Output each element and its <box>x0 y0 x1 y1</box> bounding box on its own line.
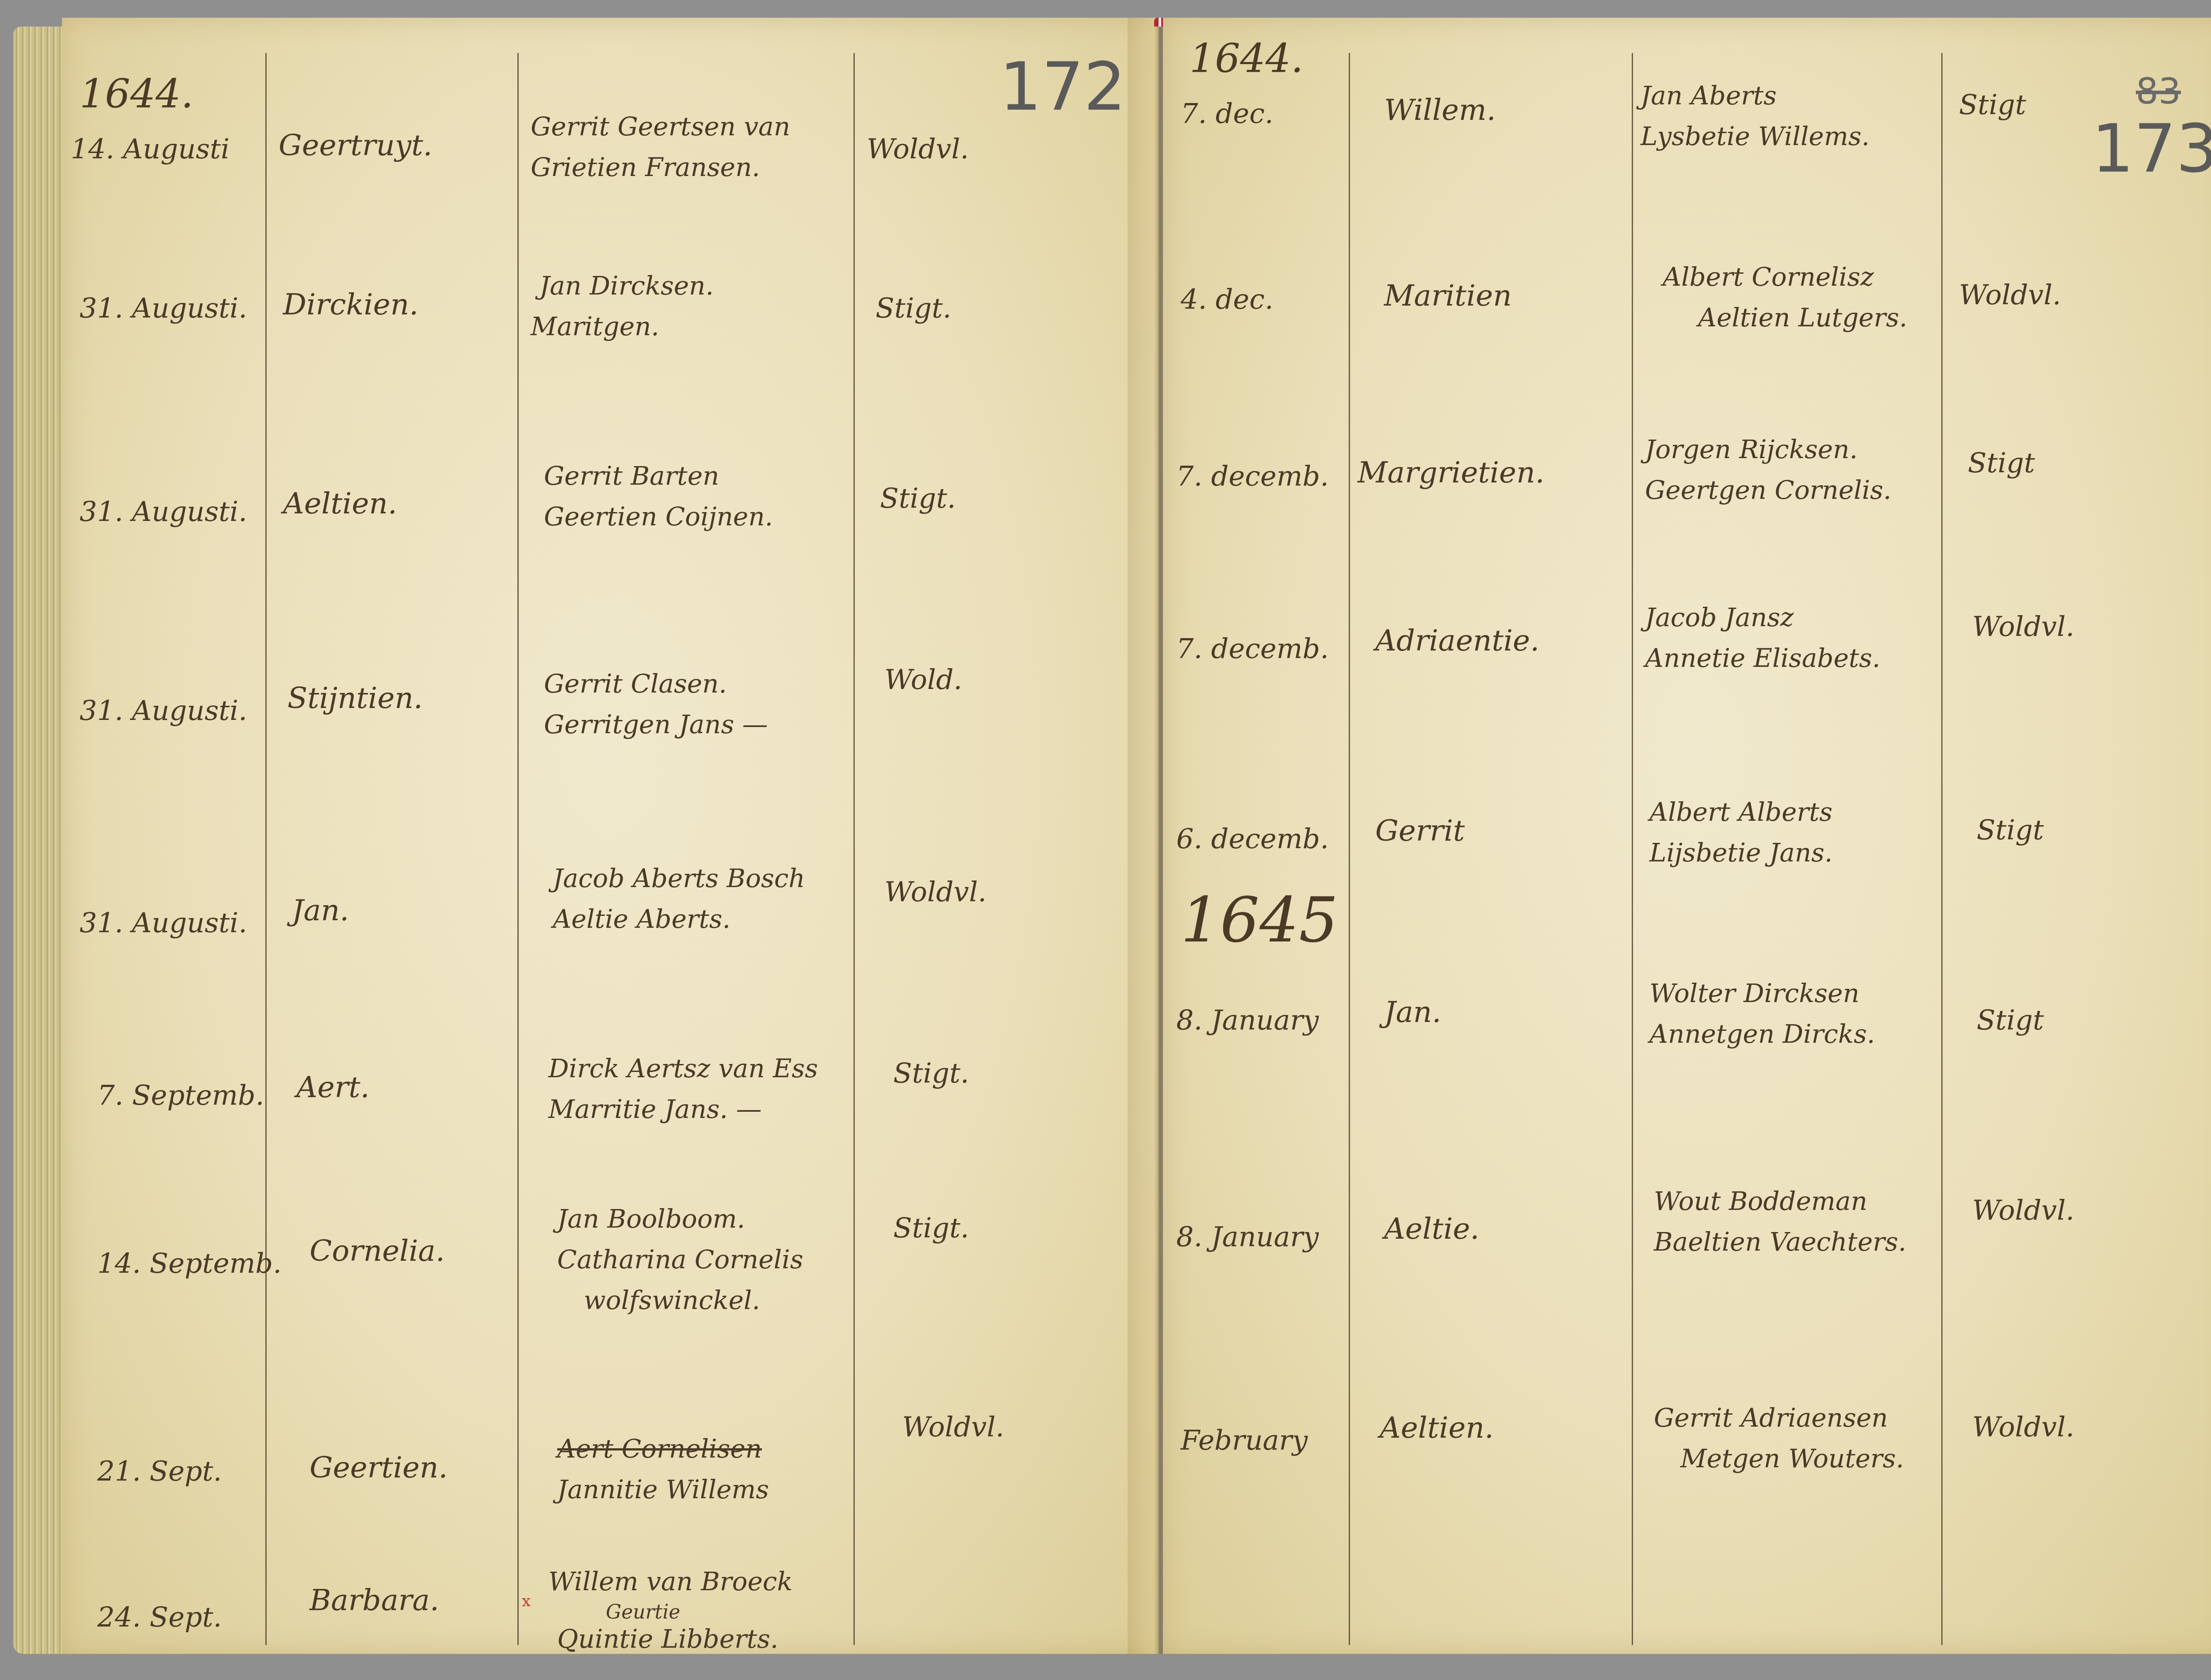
column-rule <box>517 53 519 1645</box>
entry-date: 8. January <box>1176 1004 1319 1036</box>
entry-date: 4. dec. <box>1181 283 1274 315</box>
entry-parent: Jacob Jansz <box>1645 597 1794 638</box>
entry-note: Stigt <box>1977 814 2044 846</box>
entry-parent: Metgen Wouters. <box>1680 1438 1904 1479</box>
entry-child: Cornelia. <box>310 1234 445 1268</box>
entry-note: Woldvl. <box>1972 1194 2074 1226</box>
entry-parent: Wout Boddeman <box>1654 1181 1867 1221</box>
entry-child: Willem. <box>1384 93 1496 127</box>
entry-date: 14. Septemb. <box>97 1247 282 1279</box>
entry-child: Adriaentie. <box>1375 624 1539 658</box>
entry-child: Jan. <box>1384 995 1441 1029</box>
entry-parent: Jan Dircksen. <box>539 265 714 306</box>
entry-parent: wolfswinckel. <box>584 1280 760 1320</box>
entry-date: 31. Augusti. <box>80 694 247 727</box>
entry-parent: Quintie Libberts. <box>557 1619 778 1659</box>
entry-parent: Gerrit Adriaensen <box>1654 1397 1888 1438</box>
entry-parent: Albert Cornelisz <box>1663 256 1874 297</box>
entry-parent: Gerrit Geertsen van <box>531 106 790 147</box>
column-rule <box>265 53 267 1645</box>
entry-note: Woldvl. <box>1959 279 2061 311</box>
entry-note: Stigt <box>1959 88 2026 121</box>
entry-parent: Geertgen Cornelis. <box>1645 470 1891 510</box>
entry-parent-struck: Aert Cornelisen <box>557 1428 762 1469</box>
column-rule <box>1941 53 1943 1645</box>
entry-date: 7. decemb. <box>1176 460 1329 492</box>
entry-parent: Lijsbetie Jans. <box>1649 832 1832 873</box>
entry-parent: Catharina Cornelis <box>557 1239 803 1280</box>
entry-date: 14. Augusti <box>71 133 230 165</box>
entry-child: Aeltien. <box>283 486 397 520</box>
entry-parent: Jorgen Rijcksen. <box>1645 429 1858 470</box>
entry-child: Geertien. <box>310 1450 448 1485</box>
entry-note: Stigt. <box>893 1212 969 1244</box>
entry-parent: Baeltien Vaechters. <box>1654 1221 1906 1262</box>
entry-date: 7. dec. <box>1181 97 1274 130</box>
entry-date: 21. Sept. <box>97 1455 222 1487</box>
entry-child: Aeltien. <box>1380 1411 1494 1445</box>
entry-parent: Annetgen Dircks. <box>1649 1014 1875 1054</box>
entry-parent: Dirck Aertsz van Ess <box>548 1048 818 1089</box>
entry-child: Dirckien. <box>283 287 418 321</box>
entry-parent: Albert Alberts <box>1649 792 1832 832</box>
entry-note: Stigt <box>1968 447 2035 479</box>
entry-note: Stigt. <box>893 1057 969 1089</box>
year-heading-1645: 1645 <box>1181 884 1338 957</box>
entry-date: 31. Augusti. <box>80 907 247 939</box>
entry-parent: Gerrit Barten <box>544 455 719 496</box>
entry-note: Woldvl. <box>867 133 969 165</box>
entry-parent: Marritie Jans. — <box>548 1089 761 1129</box>
entry-date: 7. decemb. <box>1176 632 1329 665</box>
entry-child: Margrietien. <box>1358 455 1545 490</box>
entry-date: February <box>1181 1424 1308 1456</box>
entry-child: Stijntien. <box>287 681 423 715</box>
entry-date: 31. Augusti. <box>80 495 247 528</box>
entry-parent: Grietien Fransen. <box>531 147 760 188</box>
entry-parent: Aeltien Lutgers. <box>1698 297 1907 338</box>
entry-child: Gerrit <box>1375 814 1465 848</box>
left-page: 1644. 172 14. Augusti Geertruyt. Gerrit … <box>62 18 1159 1654</box>
entry-date: 6. decemb. <box>1176 823 1329 855</box>
entry-parent: Aeltie Aberts. <box>553 899 731 939</box>
entry-child: Maritien <box>1384 279 1512 313</box>
column-rule <box>853 53 855 1645</box>
right-page: 1644. 83 173 7. dec. Willem. Jan Aberts … <box>1163 18 2211 1654</box>
entry-note: Stigt <box>1977 1004 2044 1036</box>
column-rule <box>1632 53 1633 1645</box>
entry-note: Woldvl. <box>884 876 987 908</box>
entry-date: 8. January <box>1176 1221 1319 1253</box>
entry-note: Woldvl. <box>1972 610 2074 643</box>
entry-child: Jan. <box>292 893 349 927</box>
entry-note: Stigt. <box>876 292 952 324</box>
page-edges-left <box>13 27 66 1654</box>
red-cross-mark: x <box>522 1592 531 1610</box>
entry-parent: Gerritgen Jans — <box>544 704 768 745</box>
column-rule <box>1349 53 1350 1645</box>
year-heading: 1644. <box>80 71 194 117</box>
entry-parent: Jannitie Willems <box>557 1469 769 1510</box>
entry-child: Barbara. <box>310 1583 439 1617</box>
entry-note: Stigt. <box>880 482 956 514</box>
page-number: 173 <box>2092 111 2211 188</box>
entry-child: Geertruyt. <box>279 128 432 162</box>
entry-note: Woldvl. <box>1972 1411 2074 1443</box>
entry-child: Aeltie. <box>1384 1212 1480 1246</box>
entry-parent: Annetie Elisabets. <box>1645 638 1880 678</box>
entry-parent: Jacob Aberts Bosch <box>553 858 805 899</box>
page-number: 172 <box>999 49 1126 126</box>
entry-parent: Gerrit Clasen. <box>544 663 727 704</box>
entry-parent: Jan Aberts <box>1641 75 1777 116</box>
open-book: 1644. 172 14. Augusti Geertruyt. Gerrit … <box>13 18 2211 1663</box>
entry-parent: Geertien Coijnen. <box>544 496 773 537</box>
entry-parent: Wolter Dircksen <box>1649 973 1859 1014</box>
entry-date: 24. Sept. <box>97 1601 222 1633</box>
entry-date: 31. Augusti. <box>80 292 247 324</box>
entry-parent: Jan Boolboom. <box>557 1198 745 1239</box>
year-heading: 1644. <box>1190 35 1304 82</box>
entry-child: Aert. <box>296 1070 370 1104</box>
entry-parent: Maritgen. <box>531 306 659 347</box>
entry-date: 7. Septemb. <box>97 1079 264 1111</box>
entry-parent: Lysbetie Willems. <box>1641 116 1870 157</box>
entry-note: Wold. <box>884 663 962 696</box>
entry-note: Woldvl. <box>902 1411 1004 1443</box>
old-page-number: 83 <box>2136 71 2181 112</box>
